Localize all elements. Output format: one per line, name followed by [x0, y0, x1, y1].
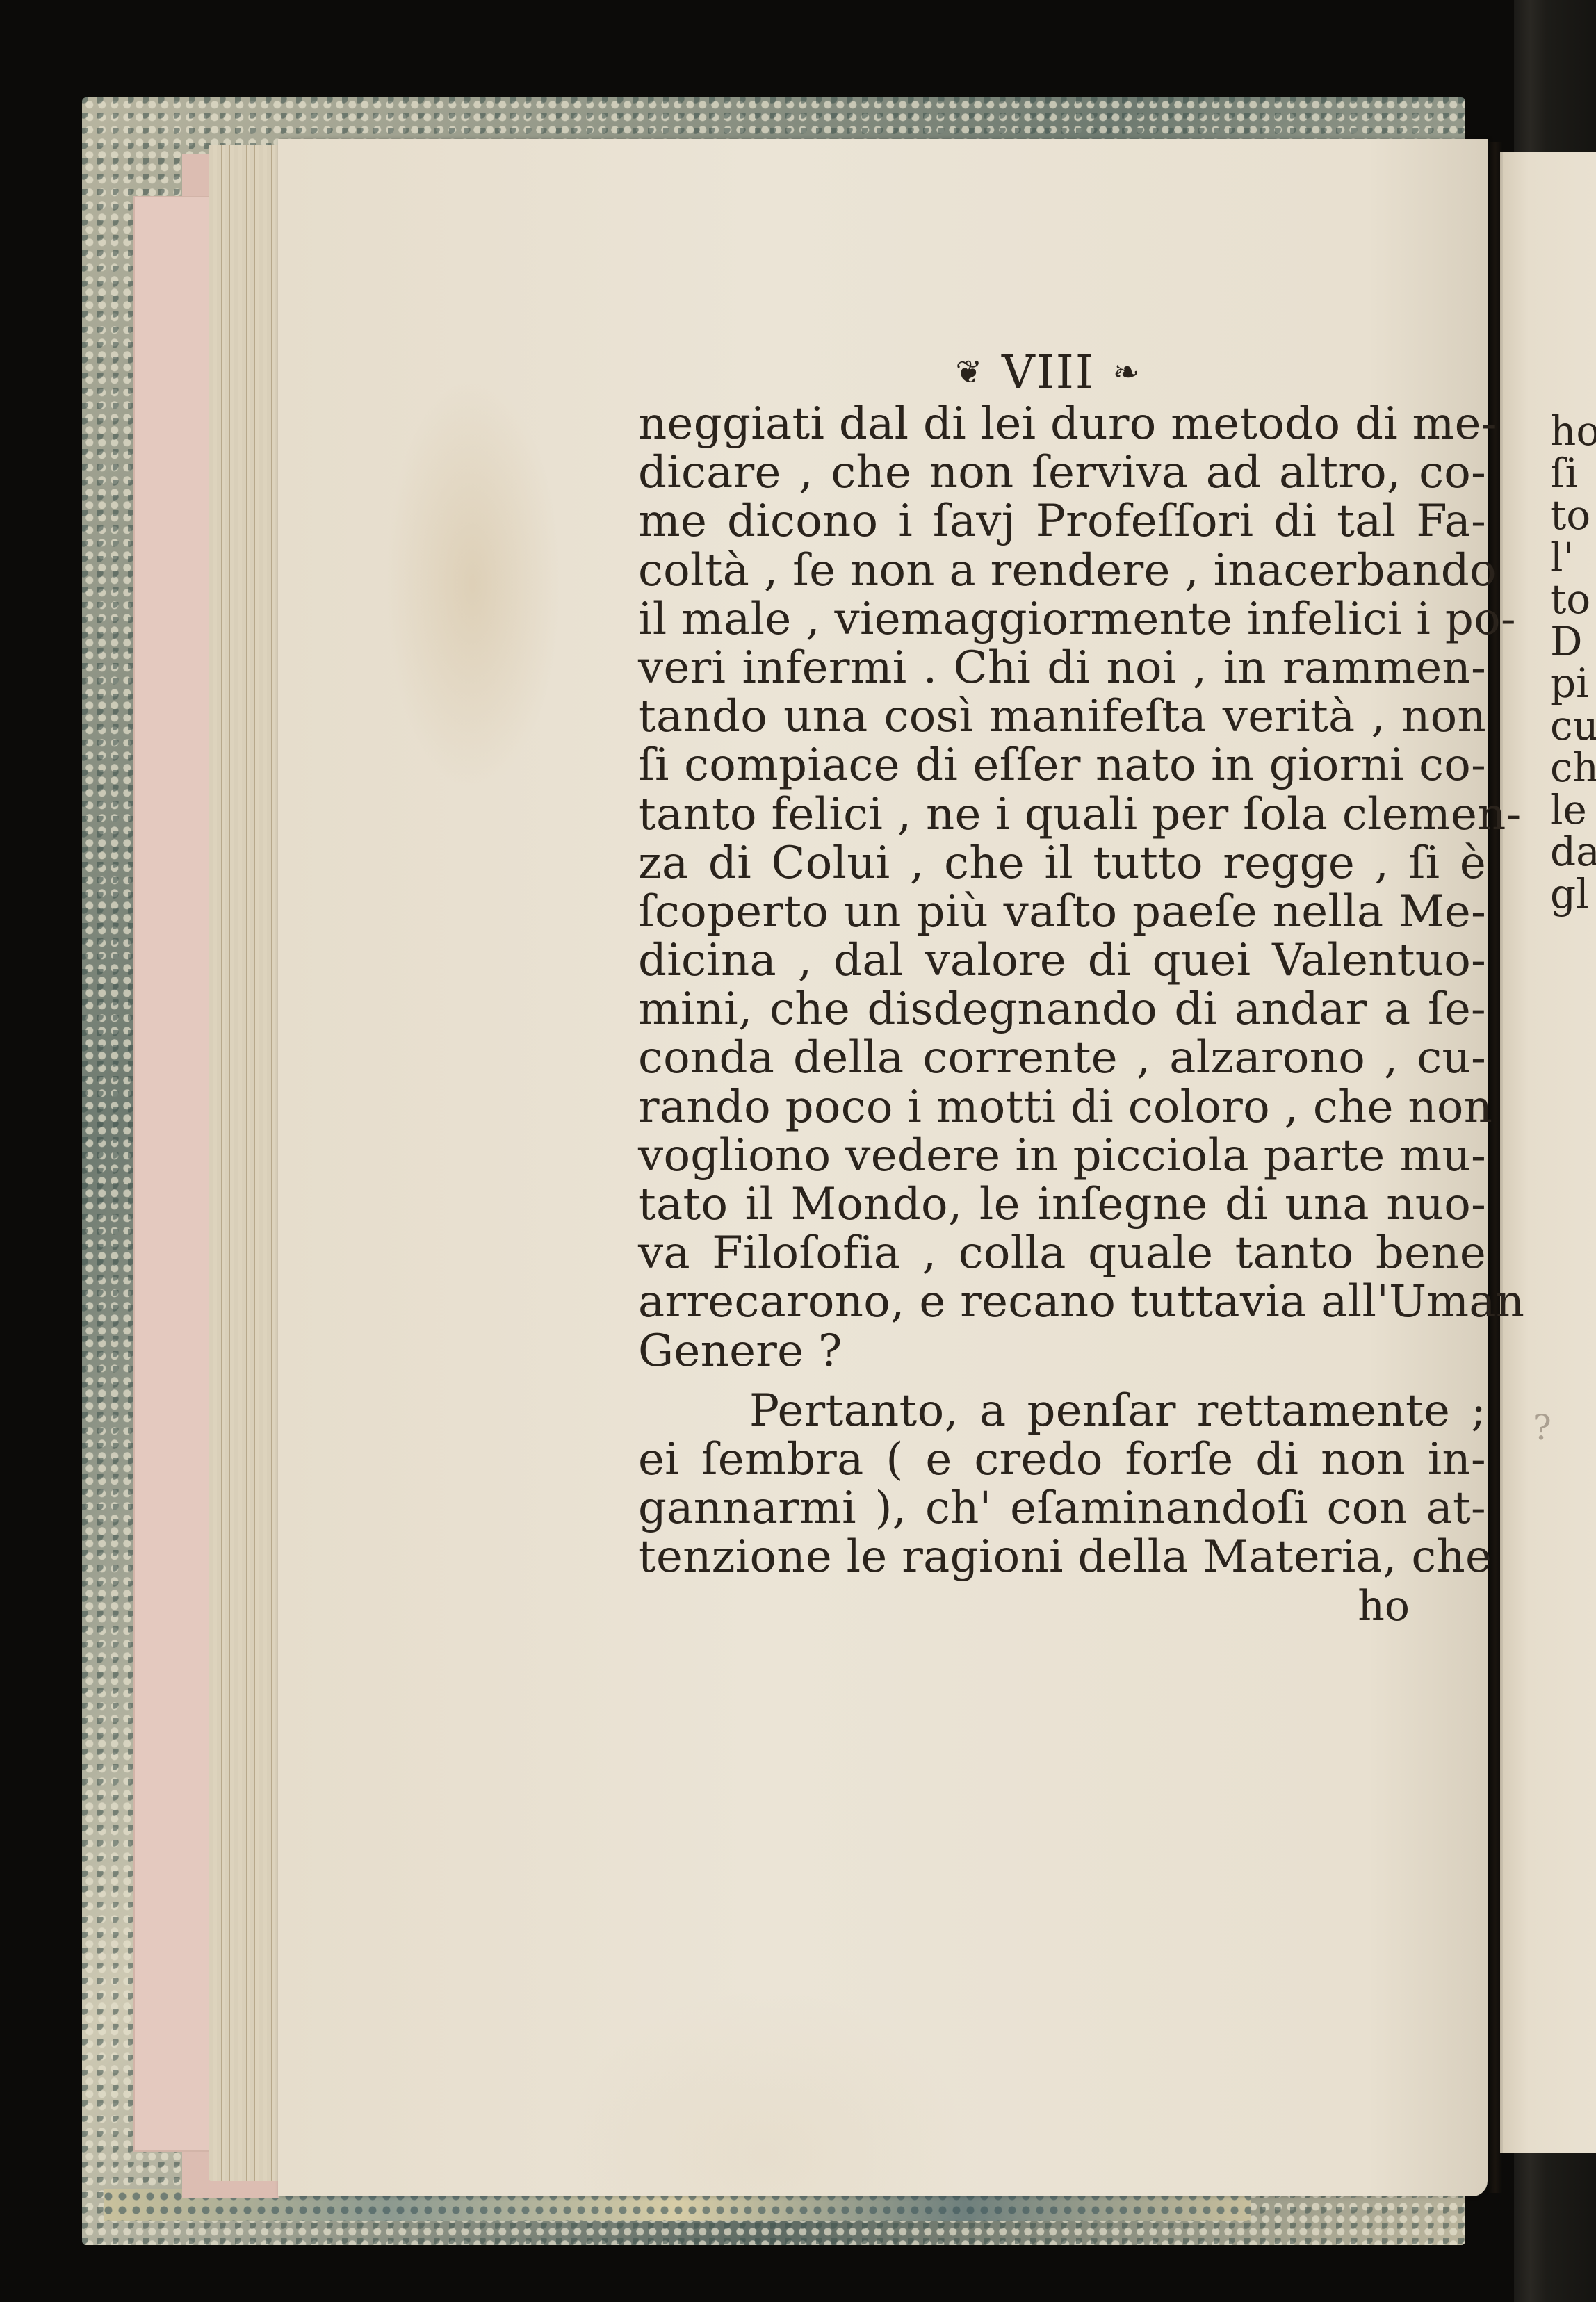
text-line: me dicono i ſavj Profeſſori di tal Fa- [638, 497, 1486, 546]
facing-fragment: pi [1550, 662, 1596, 705]
facing-fragment: gl [1550, 873, 1596, 915]
paragraph-2: Pertanto, a penſar rettamente ; ei ſembr… [638, 1387, 1486, 1582]
page-text-block: ❦ VIII ❧ neggiati dal di lei duro metodo… [638, 344, 1486, 1631]
facing-fragment: ch [1550, 746, 1596, 789]
fleuron-left-icon: ❦ [956, 353, 984, 391]
text-line: conda della corrente , alzarono , cu- [638, 1034, 1486, 1082]
facing-fragment: to [1550, 494, 1596, 537]
text-line: ſi compiace di eſſer nato in giorni co- [638, 741, 1486, 790]
text-line: rando poco i motti di coloro , che non [638, 1083, 1486, 1132]
text-line: vogliono vedere in picciola parte mu- [638, 1132, 1486, 1180]
text-line: za di Colui , che il tutto regge , ſi è [638, 839, 1486, 888]
facing-fragment: l' [1550, 537, 1596, 579]
facing-fragment: to [1550, 578, 1596, 621]
text-line: gannarmi ), ch' eſaminandoſi con at- [638, 1484, 1486, 1533]
text-line: mini, che disdegnando di andar a ſe- [638, 985, 1486, 1034]
text-line: ſcoperto un più vaſto paeſe nella Me- [638, 888, 1486, 936]
text-line: neggiati dal di lei duro metodo di me- [638, 400, 1486, 448]
text-line: il male , viemaggiormente infelici i po- [638, 595, 1486, 644]
text-line: tato il Mondo, le inſegne di una nuo- [638, 1180, 1486, 1229]
text-line: Genere ? [638, 1327, 1486, 1376]
text-line: coltà , ſe non a rendere , inacerbando [638, 546, 1486, 595]
text-line: veri infermi . Chi di noi , in rammen- [638, 644, 1486, 692]
text-line: tanto felici , ne i quali per ſola cleme… [638, 790, 1486, 839]
facing-fragment: ho [1550, 410, 1596, 452]
gutter [1488, 142, 1503, 2193]
ink-bleed-mark: ? [1533, 1407, 1552, 1448]
text-line: va Filoſofia , colla quale tanto bene [638, 1229, 1486, 1277]
text-line: tando una così manifeſta verità , non [638, 692, 1486, 741]
folio-number: VIII [1002, 345, 1095, 399]
text-line: dicare , che non ſerviva ad altro, co- [638, 448, 1486, 497]
facing-fragment: ſi [1550, 452, 1596, 495]
facing-fragment: da [1550, 831, 1596, 873]
running-head: ❦ VIII ❧ [610, 344, 1486, 400]
text-line: Pertanto, a penſar rettamente ; [638, 1387, 1486, 1435]
facing-page-text: ho ſi to l' to D pi cu ch le da gl [1550, 410, 1596, 915]
facing-fragment: le [1550, 789, 1596, 831]
text-line: arrecarono, e recano tuttavia all'Uman [638, 1277, 1486, 1326]
facing-fragment: D [1550, 621, 1596, 663]
paragraph-1: neggiati dal di lei duro metodo di me- d… [638, 400, 1486, 1376]
fleuron-right-icon: ❧ [1113, 353, 1141, 391]
text-line: ei ſembra ( e credo forſe di non in- [638, 1435, 1486, 1484]
text-line: tenzione le ragioni della Materia, che [638, 1533, 1486, 1581]
catchword: ho [638, 1582, 1486, 1631]
text-line: dicina , dal valore di quei Valentuo- [638, 936, 1486, 985]
facing-fragment: cu [1550, 705, 1596, 747]
